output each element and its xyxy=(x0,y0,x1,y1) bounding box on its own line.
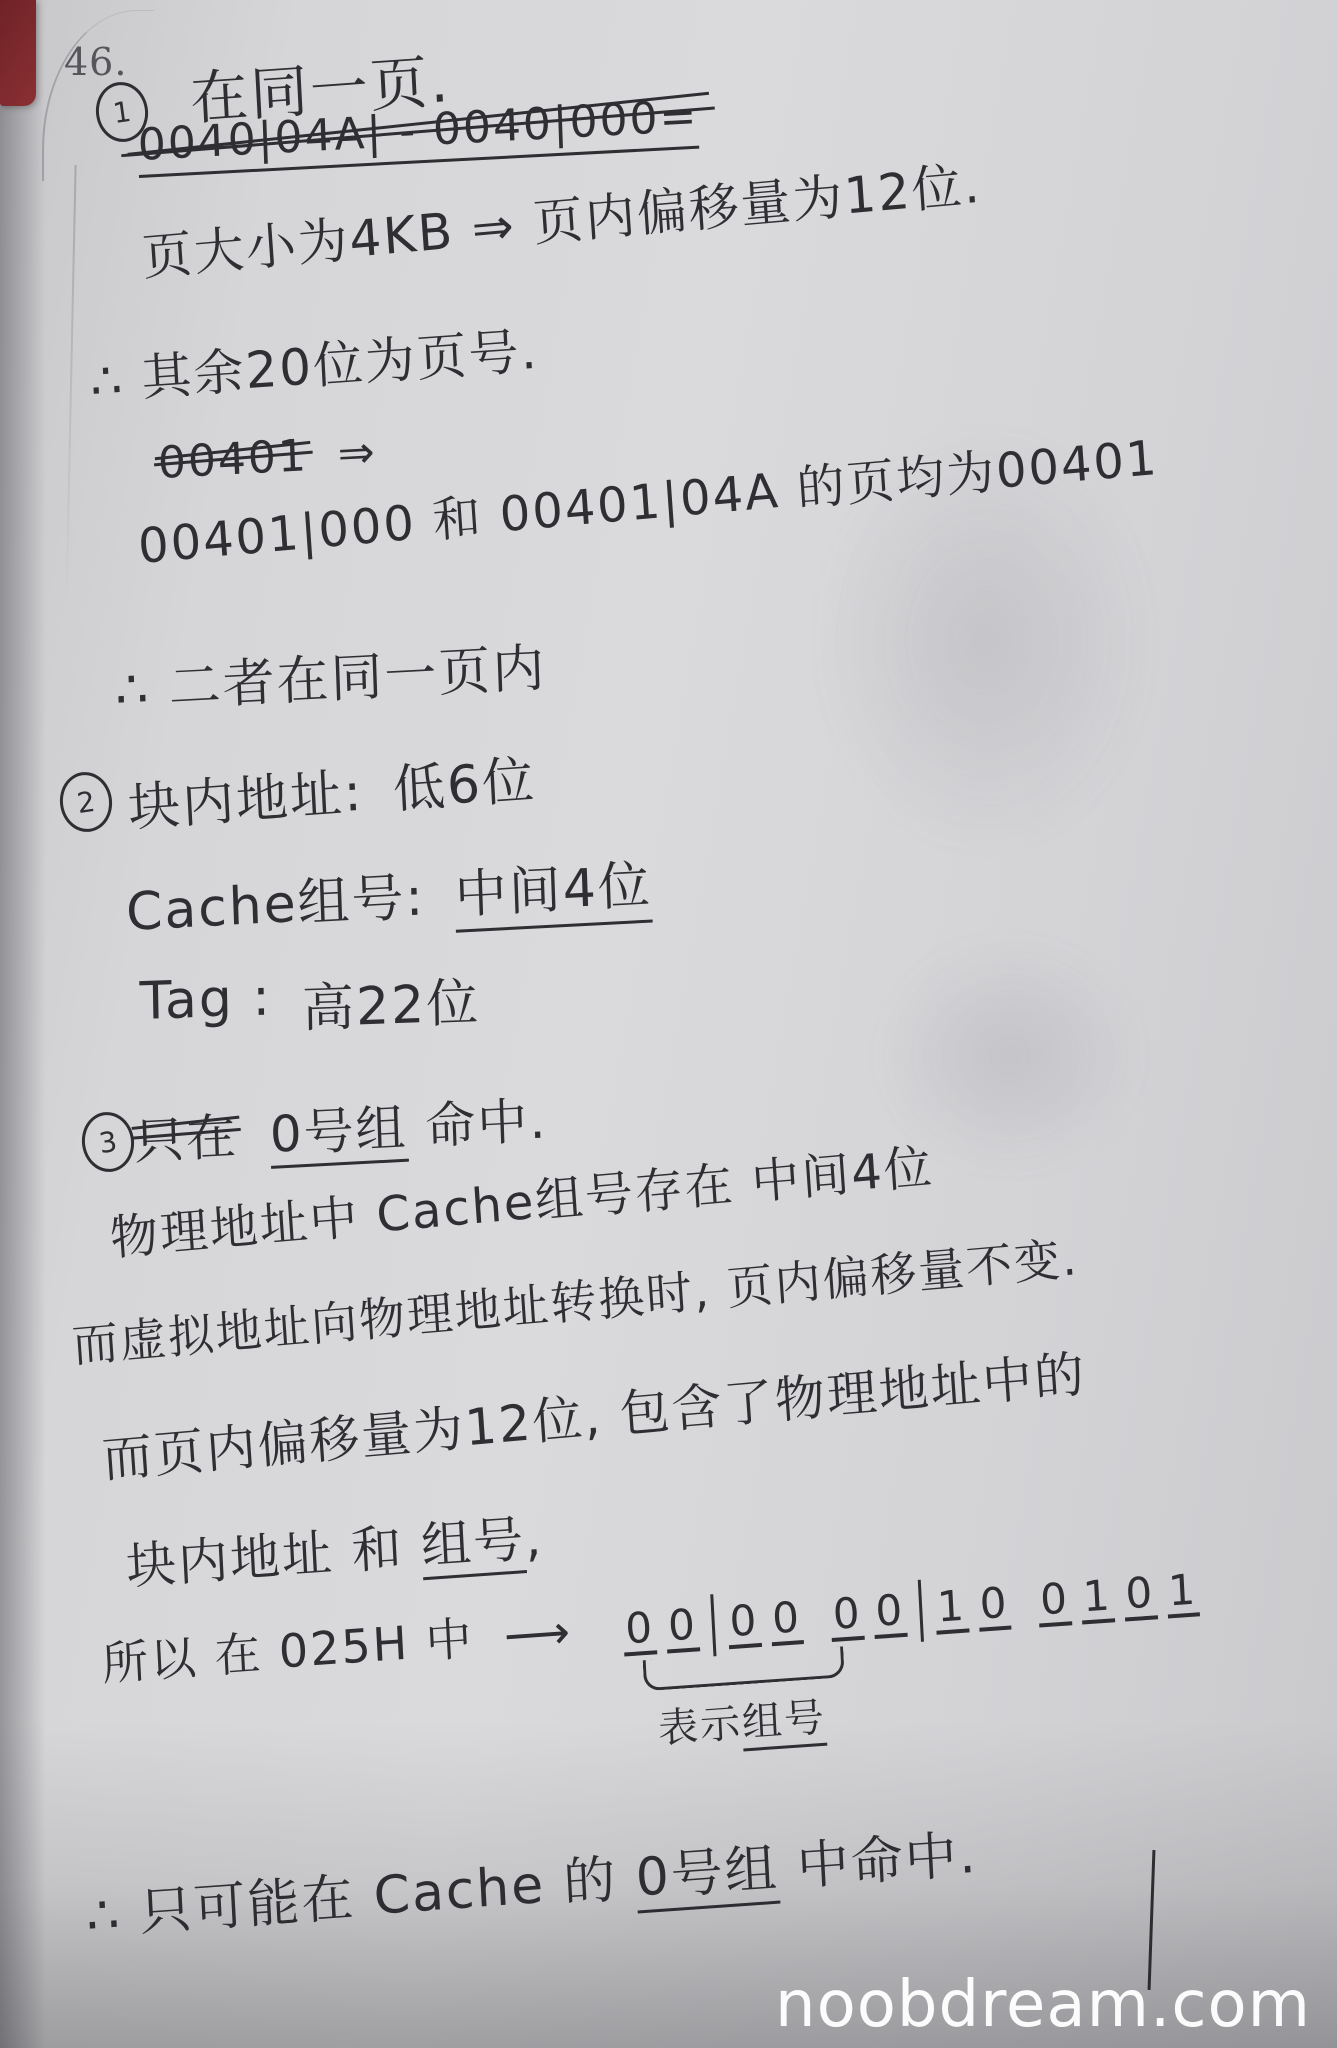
digit-gap xyxy=(809,1643,827,1644)
hit-label: 命中. xyxy=(424,1091,548,1155)
block-address-line: 块内地址 和 组号, xyxy=(124,1498,544,1599)
binary-digit: 1 xyxy=(934,1583,969,1635)
binary-digit: 0 xyxy=(977,1580,1012,1632)
brace-label-set-number: 组号 xyxy=(741,1695,827,1752)
part3-conclusion: ∴ 只可能在 Cache 的 0号组 中命中. xyxy=(84,1812,979,1949)
field-label: Tag : xyxy=(139,967,272,1047)
binary-value: 000000100101 xyxy=(617,1560,1205,1657)
set-number-underlined: 组号 xyxy=(420,1510,527,1580)
digit-gap xyxy=(1017,1628,1035,1629)
block-address-text: 块内地址 和 xyxy=(125,1517,423,1596)
binary-digit: 0 xyxy=(665,1601,700,1653)
binary-digit: 0 xyxy=(622,1604,657,1656)
right-arrow-icon: ⟶ xyxy=(503,1604,574,1663)
crossed-hint: 00401 xyxy=(157,430,309,489)
field-value: 中间4位 xyxy=(453,842,653,932)
field-value: 高22位 xyxy=(301,960,480,1041)
part2-marker-circle: 2 xyxy=(56,769,116,836)
photo-left-shade xyxy=(0,0,46,2048)
notebook-photo: 46. 1 在同一页. 0040|04A| - 0040|000= 页大小为4K… xyxy=(0,0,1337,2048)
field-row-block-address: 块内地址: 低6位 xyxy=(126,738,538,841)
binary-digit: 0 xyxy=(726,1597,761,1649)
question-number: 46. xyxy=(64,40,127,84)
page-number-line: ∴ 其余20位为页号. xyxy=(88,311,540,414)
field-row-cache-set: Cache组号: 中间4位 xyxy=(125,842,653,950)
watermark: noobdream.com xyxy=(775,1968,1311,2042)
solution-prefix: 所以 在 025H 中 xyxy=(101,1611,475,1691)
field-label: 块内地址: xyxy=(126,750,365,841)
crossed-hint-line: 00401 ⇒ xyxy=(157,426,391,489)
conclusion-tail-text: 中命中. xyxy=(777,1825,979,1899)
crossed-text: 只在 xyxy=(133,1097,239,1174)
part1-conclusion: ∴ 二者在同一页内 xyxy=(114,625,548,723)
field-row-tag: Tag : 高22位 xyxy=(139,960,480,1047)
binary-digit: 0 xyxy=(1037,1575,1072,1627)
group-separator-bar xyxy=(918,1580,924,1642)
binary-digit: 0 xyxy=(830,1590,865,1642)
binary-digit: 0 xyxy=(769,1594,804,1646)
conclusion-text: ∴ 只可能在 Cache 的 xyxy=(85,1849,638,1947)
binary-digit: 1 xyxy=(1165,1566,1200,1618)
group-separator-bar xyxy=(710,1594,716,1656)
field-label: Cache组号: xyxy=(125,854,427,950)
implies-arrow-icon: ⇒ xyxy=(337,427,378,480)
binary-digit: 1 xyxy=(1080,1572,1115,1624)
set-zero-label: 0号组 xyxy=(269,1099,409,1169)
comma: , xyxy=(524,1509,545,1568)
part3-heading: 只在 0号组 命中. xyxy=(133,1080,548,1174)
binary-digit: 0 xyxy=(1122,1569,1157,1621)
brace-label-prefix: 表示 xyxy=(657,1701,743,1753)
part3-marker-circle: 3 xyxy=(78,1109,138,1176)
conclusion-set-underlined: 0号组 xyxy=(634,1839,780,1914)
page-edge-line xyxy=(65,165,76,605)
brace-label: 表示组号 xyxy=(657,1686,828,1755)
red-cover-sliver xyxy=(0,0,36,106)
field-value: 低6位 xyxy=(391,738,538,823)
binary-digit: 0 xyxy=(872,1587,907,1639)
